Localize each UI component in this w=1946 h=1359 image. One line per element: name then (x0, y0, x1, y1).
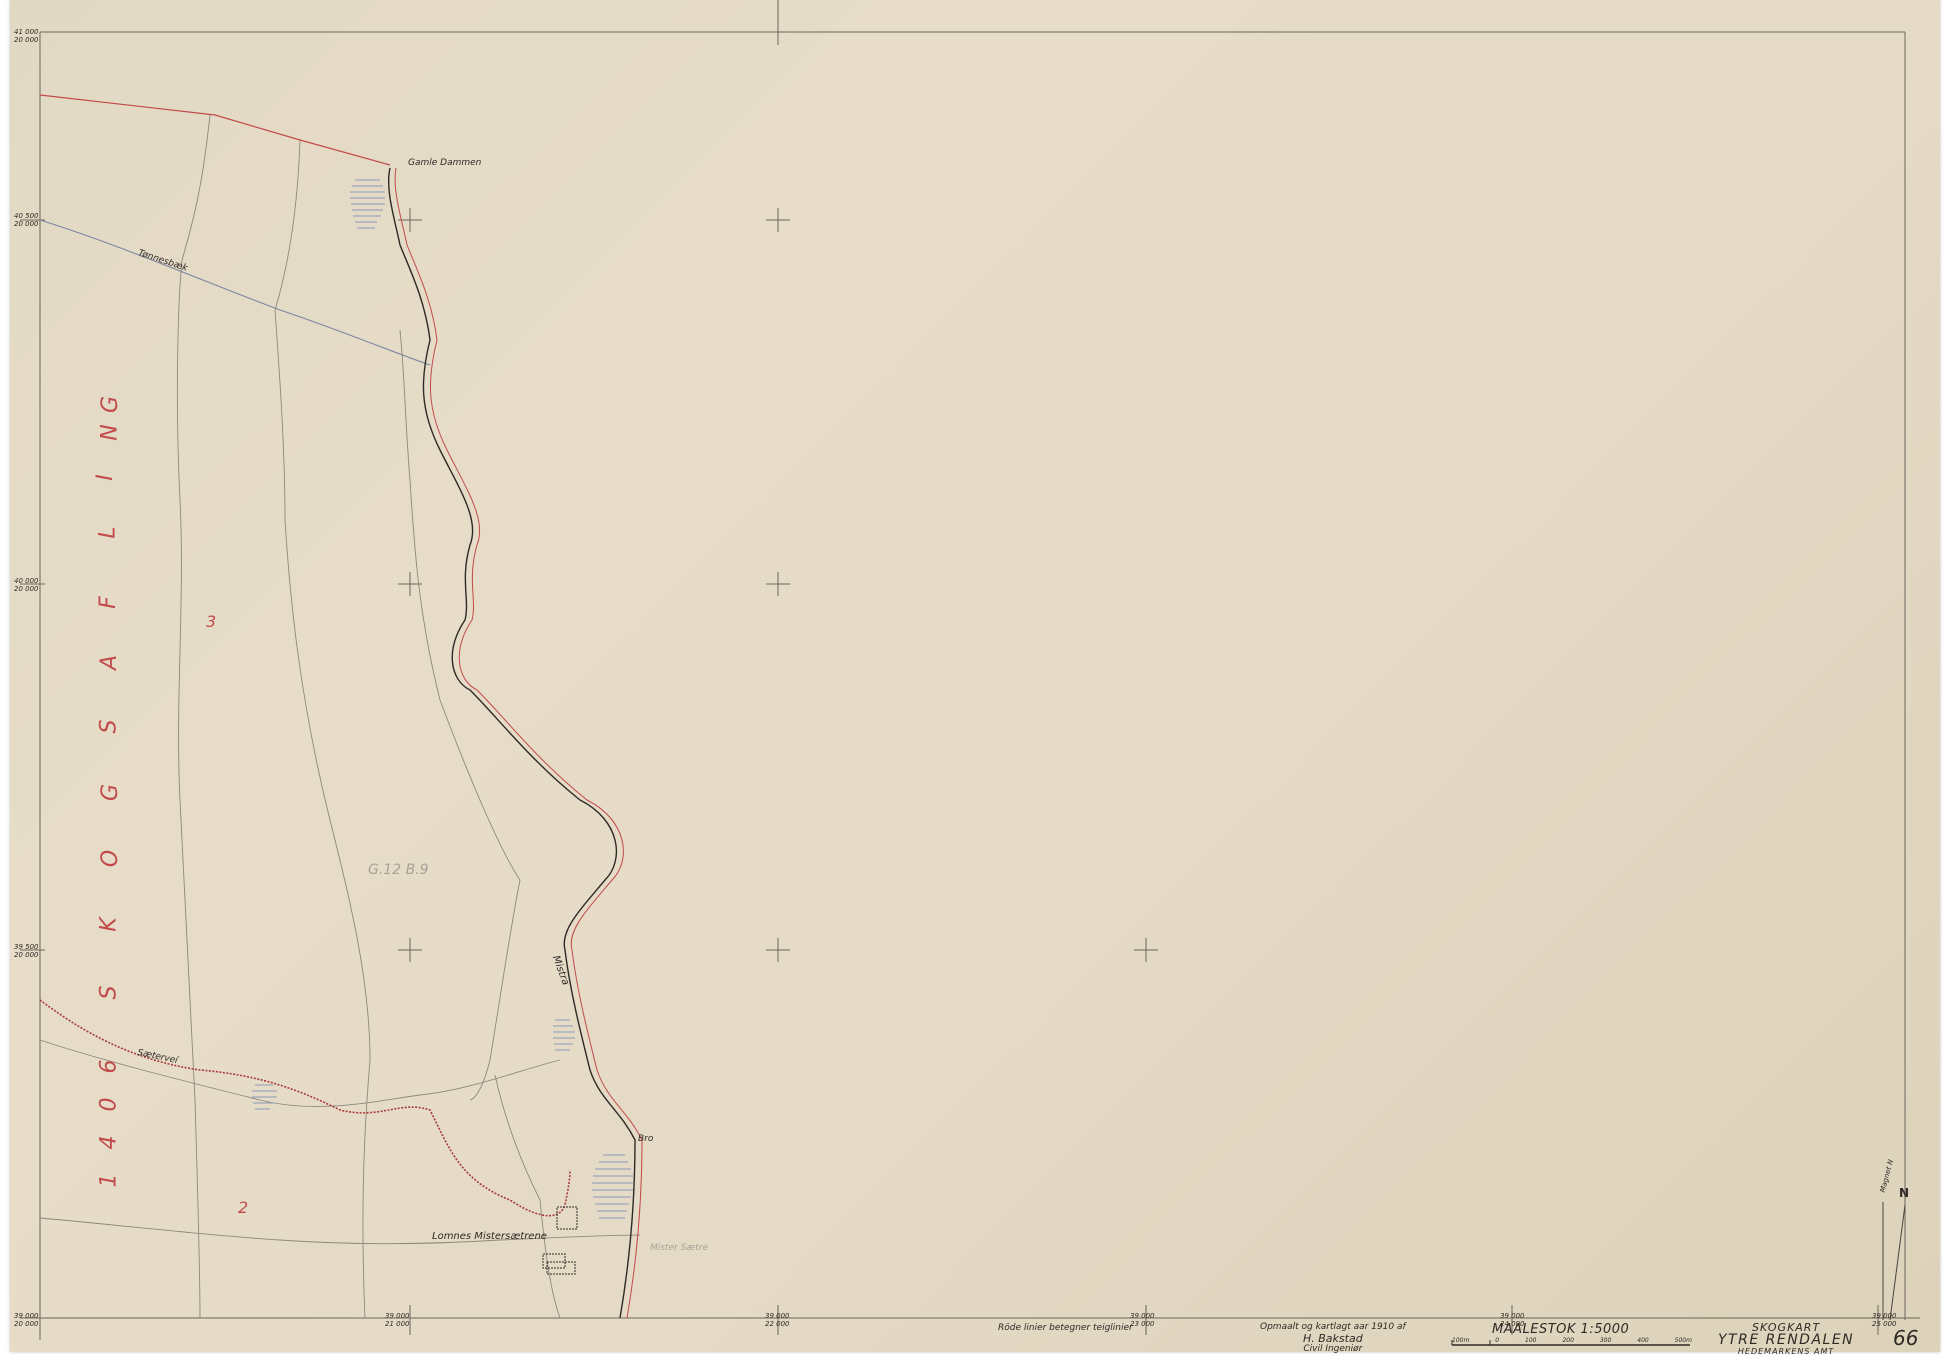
marsh-areas (252, 180, 633, 1218)
grid-crosses (20, 208, 1158, 962)
map-canvas (0, 0, 1946, 1359)
parcel-3: 3 (206, 612, 216, 631)
river-line (389, 168, 635, 1318)
scale-ticks: 100m 0 100 200 300 400 500m (1452, 1337, 1692, 1344)
tonnesbek-line (40, 220, 430, 365)
title-block: SKOGKART YTRE RENDALEN HEDEMARKENS AMT (1718, 1322, 1854, 1358)
title-line2: YTRE RENDALEN (1718, 1334, 1854, 1346)
scale-label: MAALESTOK 1:5000 (1492, 1322, 1629, 1337)
coord-bottom-2: 39 00022 000 (765, 1312, 790, 1328)
title-line3: HEDEMARKENS AMT (1718, 1346, 1854, 1358)
north-arrow (1883, 1202, 1905, 1320)
label-pencil-note: G.12 B.9 (368, 862, 429, 878)
legend-note: Röde linier betegner teiglinier (998, 1323, 1133, 1333)
credits: Opmaalt og kartlagt aar 1910 af H. Bakst… (1260, 1322, 1406, 1355)
label-faint-place: Mister Sætre (650, 1243, 708, 1253)
parcel-2: 2 (238, 1198, 248, 1217)
north-label: N (1899, 1186, 1909, 1200)
coord-left-2: 40 00020 000 (14, 577, 39, 593)
label-bro: Bro (638, 1134, 653, 1144)
label-gamle-dammen: Gamle Dammen (408, 158, 481, 168)
coord-left-1: 40 50020 000 (14, 212, 39, 228)
buildings (543, 1207, 577, 1274)
sheet-number: 66 (1893, 1326, 1918, 1350)
coord-bottom-1: 39 00021 000 (385, 1312, 410, 1328)
grid-frame (20, 0, 1920, 1340)
coord-bottom-left: 39 00020 000 (14, 1312, 39, 1328)
property-line-top (40, 95, 390, 165)
boundary-lines (40, 115, 640, 1318)
coord-bottom-3: 39 00023 000 (1130, 1312, 1155, 1328)
label-lomnes-mistersaetrene: Lomnes Mistersætrene (432, 1231, 547, 1242)
coord-left-3: 39 50020 000 (14, 943, 39, 959)
coord-left-top: 41 00020 000 (14, 28, 39, 44)
